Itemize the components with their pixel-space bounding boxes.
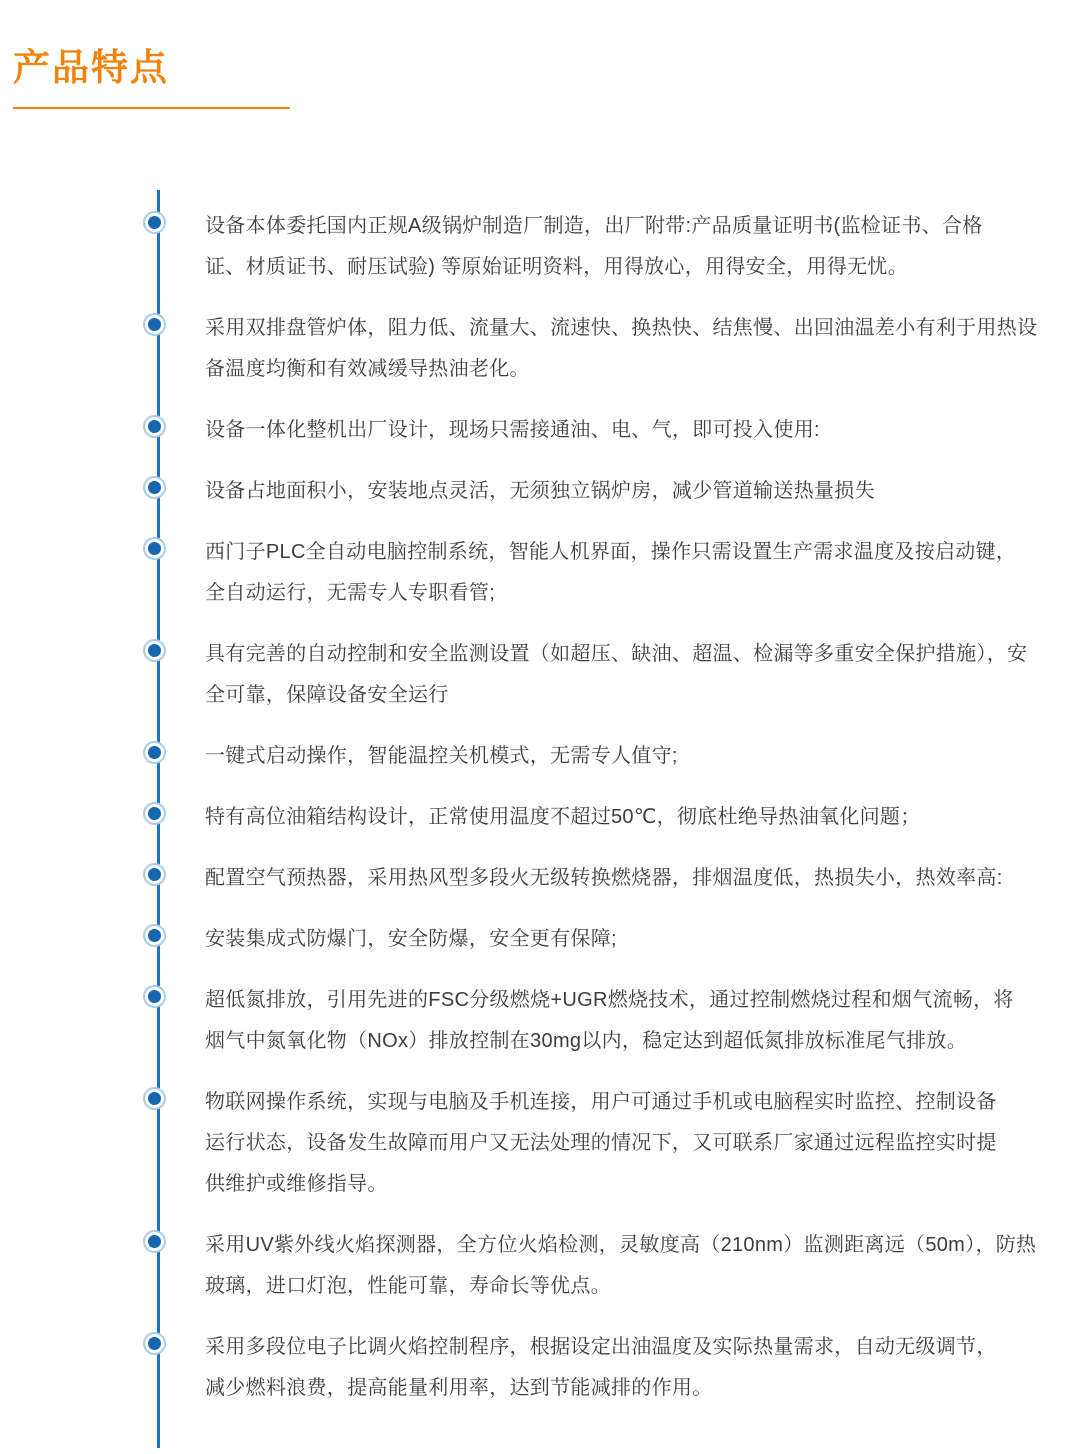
bullet-dot-icon	[148, 868, 161, 881]
bullet-dot-icon	[148, 216, 161, 229]
bullet-dot-icon	[148, 746, 161, 759]
feature-item: 采用双排盘管炉体，阻力低、流量大、流速快、换热快、结焦慢、出回油温差小有利于用热…	[205, 308, 995, 390]
feature-text-line: 一键式启动操作，智能温控关机模式，无需专人值守;	[205, 736, 995, 777]
page: 产品特点 设备本体委托国内正规A级锅炉制造厂制造，出厂附带:产品质量证明书(监检…	[0, 0, 1065, 1454]
feature-text-line: 采用双排盘管炉体，阻力低、流量大、流速快、换热快、结焦慢、出回油温差小有利于用热…	[205, 308, 995, 349]
feature-item: 特有高位油箱结构设计，正常使用温度不超过50℃，彻底杜绝导热油氧化问题；	[205, 797, 995, 838]
feature-text-line: 设备占地面积小，安装地点灵活，无须独立锅炉房，减少管道输送热量损失	[205, 471, 995, 512]
feature-text-line: 玻璃，进口灯泡，性能可靠，寿命长等优点。	[205, 1266, 995, 1307]
feature-item: 采用UV紫外线火焰探测器，全方位火焰检测，灵敏度高（210nm）监测距离远（50…	[205, 1225, 995, 1307]
feature-item: 设备占地面积小，安装地点灵活，无须独立锅炉房，减少管道输送热量损失	[205, 471, 995, 512]
feature-item: 配置空气预热器，采用热风型多段火无级转换燃烧器，排烟温度低，热损失小，热效率高:	[205, 858, 995, 899]
bullet-dot-icon	[148, 542, 161, 555]
feature-text-line: 设备本体委托国内正规A级锅炉制造厂制造，出厂附带:产品质量证明书(监检证书、合格	[205, 206, 995, 247]
feature-item: 具有完善的自动控制和安全监测设置（如超压、缺油、超温、检漏等多重安全保护措施），…	[205, 634, 995, 716]
feature-item: 超低氮排放，引用先进的FSC分级燃烧+UGR燃烧技术，通过控制燃烧过程和烟气流畅…	[205, 980, 995, 1062]
feature-item: 设备本体委托国内正规A级锅炉制造厂制造，出厂附带:产品质量证明书(监检证书、合格…	[205, 206, 995, 288]
bullet-dot-icon	[148, 990, 161, 1003]
bullet-dot-icon	[148, 1092, 161, 1105]
timeline-items: 设备本体委托国内正规A级锅炉制造厂制造，出厂附带:产品质量证明书(监检证书、合格…	[205, 206, 995, 1429]
feature-item: 安装集成式防爆门，安全防爆，安全更有保障;	[205, 919, 995, 960]
feature-text-line: 备温度均衡和有效减缓导热油老化。	[205, 349, 995, 390]
feature-text-line: 全自动运行，无需专人专职看管;	[205, 573, 995, 614]
bullet-dot-icon	[148, 1235, 161, 1248]
feature-text-line: 西门子PLC全自动电脑控制系统，智能人机界面，操作只需设置生产需求温度及按启动键…	[205, 532, 995, 573]
bullet-dot-icon	[148, 1337, 161, 1350]
feature-item: 一键式启动操作，智能温控关机模式，无需专人值守;	[205, 736, 995, 777]
feature-text-line: 设备一体化整机出厂设计，现场只需接通油、电、气，即可投入使用:	[205, 410, 995, 451]
bullet-dot-icon	[148, 644, 161, 657]
feature-text-line: 采用UV紫外线火焰探测器，全方位火焰检测，灵敏度高（210nm）监测距离远（50…	[205, 1225, 995, 1266]
feature-text-line: 运行状态，设备发生故障而用户又无法处理的情况下，又可联系厂家通过远程监控实时提	[205, 1123, 995, 1164]
title-underline	[13, 107, 290, 109]
bullet-dot-icon	[148, 318, 161, 331]
feature-text-line: 供维护或维修指导。	[205, 1164, 995, 1205]
feature-text-line: 特有高位油箱结构设计，正常使用温度不超过50℃，彻底杜绝导热油氧化问题；	[205, 797, 995, 838]
feature-text-line: 安装集成式防爆门，安全防爆，安全更有保障;	[205, 919, 995, 960]
feature-text-line: 证、材质证书、耐压试验) 等原始证明资料，用得放心，用得安全，用得无忧。	[205, 247, 995, 288]
feature-text-line: 物联网操作系统，实现与电脑及手机连接，用户可通过手机或电脑程实时监控、控制设备	[205, 1082, 995, 1123]
feature-text-line: 具有完善的自动控制和安全监测设置（如超压、缺油、超温、检漏等多重安全保护措施），…	[205, 634, 995, 675]
feature-text-line: 烟气中氮氧化物（NOx）排放控制在30mg以内，稳定达到超低氮排放标准尾气排放。	[205, 1021, 995, 1062]
feature-text-line: 采用多段位电子比调火焰控制程序，根据设定出油温度及实际热量需求，自动无级调节，	[205, 1327, 995, 1368]
bullet-dot-icon	[148, 481, 161, 494]
feature-text-line: 减少燃料浪费，提高能量利用率，达到节能减排的作用。	[205, 1368, 995, 1409]
bullet-dot-icon	[148, 807, 161, 820]
bullet-dot-icon	[148, 420, 161, 433]
feature-item: 采用多段位电子比调火焰控制程序，根据设定出油温度及实际热量需求，自动无级调节， …	[205, 1327, 995, 1409]
page-title: 产品特点	[13, 46, 169, 90]
feature-item: 设备一体化整机出厂设计，现场只需接通油、电、气，即可投入使用:	[205, 410, 995, 451]
feature-item: 西门子PLC全自动电脑控制系统，智能人机界面，操作只需设置生产需求温度及按启动键…	[205, 532, 995, 614]
bullet-dot-icon	[148, 929, 161, 942]
feature-text-line: 超低氮排放，引用先进的FSC分级燃烧+UGR燃烧技术，通过控制燃烧过程和烟气流畅…	[205, 980, 995, 1021]
feature-text-line: 全可靠，保障设备安全运行	[205, 675, 995, 716]
feature-item: 物联网操作系统，实现与电脑及手机连接，用户可通过手机或电脑程实时监控、控制设备 …	[205, 1082, 995, 1205]
feature-text-line: 配置空气预热器，采用热风型多段火无级转换燃烧器，排烟温度低，热损失小，热效率高:	[205, 858, 995, 899]
